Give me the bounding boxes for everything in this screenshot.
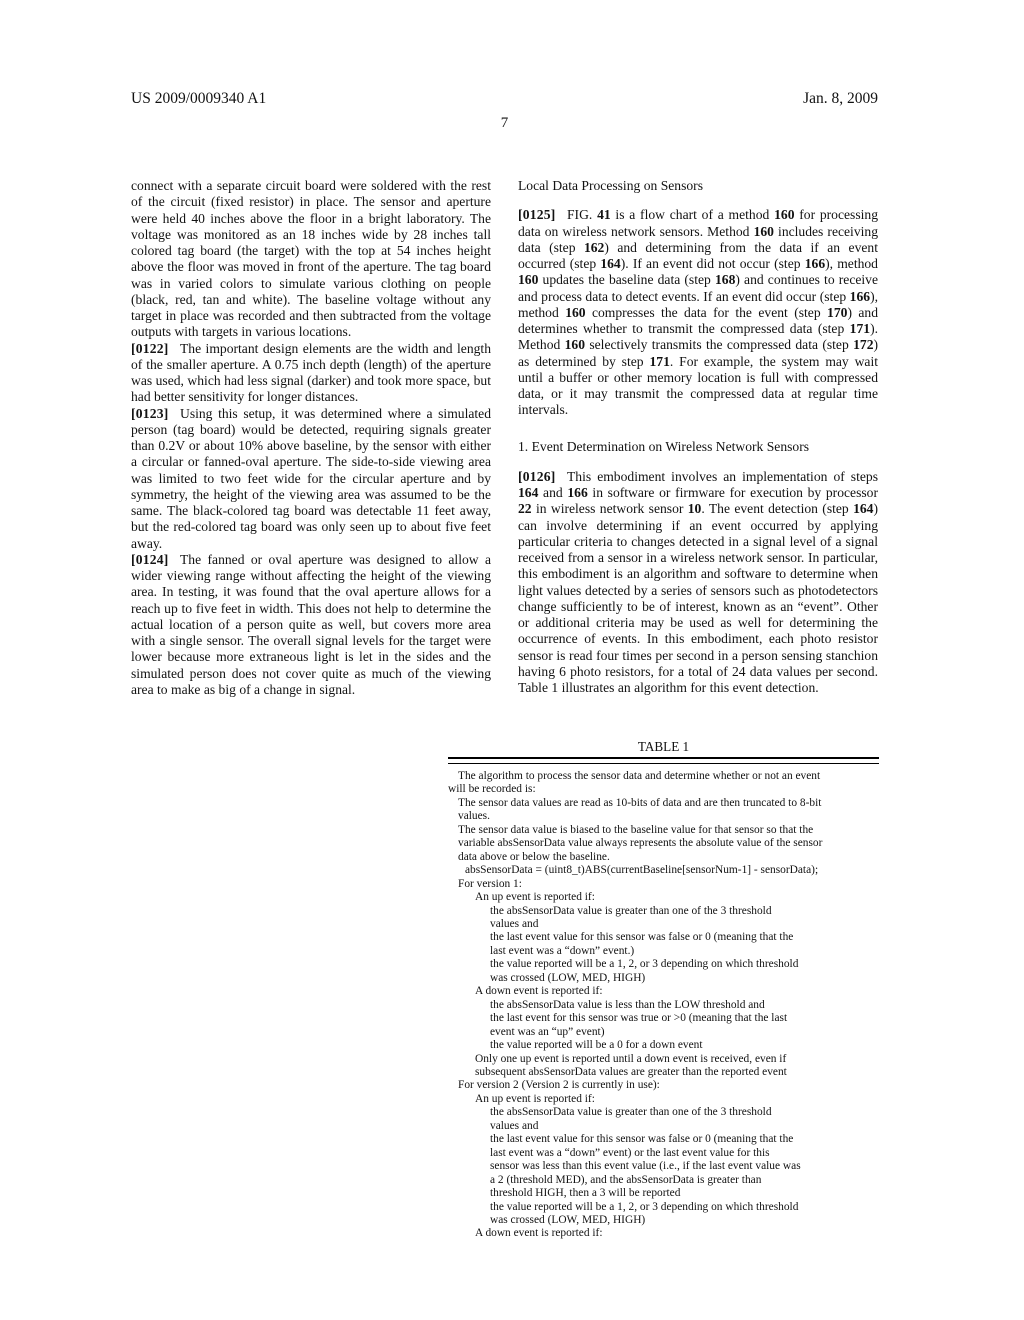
table-line: a 2 (threshold MED), and the absSensorDa… xyxy=(448,1174,879,1187)
table-line: An up event is reported if: xyxy=(448,891,879,904)
paragraph-0126-slot: [0126]This embodiment involves an implem… xyxy=(518,469,878,697)
table-line: The algorithm to process the sensor data… xyxy=(448,770,879,783)
table-line: was crossed (LOW, MED, HIGH) xyxy=(448,972,879,985)
table-line: the absSensorData value is greater than … xyxy=(448,1106,879,1119)
paragraph: [0123]Using this setup, it was determine… xyxy=(131,406,491,552)
right-column: Local Data Processing on Sensors [0125]F… xyxy=(518,178,878,698)
section-heading-local-data-processing: Local Data Processing on Sensors xyxy=(518,178,878,194)
table-1: TABLE 1 The algorithm to process the sen… xyxy=(448,739,879,1241)
table-line: An up event is reported if: xyxy=(448,1093,879,1106)
table-line: values and xyxy=(448,1120,879,1133)
table-line: For version 2 (Version 2 is currently in… xyxy=(448,1079,879,1092)
paragraph: [0124]The fanned or oval aperture was de… xyxy=(131,552,491,698)
body-columns: connect with a separate circuit board we… xyxy=(131,178,878,698)
table-line: the last event value for this sensor was… xyxy=(448,931,879,944)
table-line: last event was a “down” event.) xyxy=(448,945,879,958)
table-line: the value reported will be a 1, 2, or 3 … xyxy=(448,1201,879,1214)
table-line: For version 1: xyxy=(448,878,879,891)
paragraph-tag: [0123] xyxy=(131,406,168,421)
paragraph: [0126]This embodiment involves an implem… xyxy=(518,469,878,697)
table-line: Only one up event is reported until a do… xyxy=(448,1053,879,1066)
paragraph-tag: [0126] xyxy=(518,469,555,484)
table-line: the value reported will be a 0 for a dow… xyxy=(448,1039,879,1052)
paragraph: [0125]FIG. 41 is a flow chart of a metho… xyxy=(518,207,878,418)
paragraph: [0122]The important design elements are … xyxy=(131,341,491,406)
section-heading-event-determination: 1. Event Determination on Wireless Netwo… xyxy=(518,439,878,455)
table-line: variable absSensorData value always repr… xyxy=(448,837,879,850)
table-line: A down event is reported if: xyxy=(448,985,879,998)
table-line: last event was a “down” event) or the la… xyxy=(448,1147,879,1160)
left-column: connect with a separate circuit board we… xyxy=(131,178,491,698)
publication-number: US 2009/0009340 A1 xyxy=(131,90,266,108)
table-title: TABLE 1 xyxy=(448,739,879,754)
table-line: was crossed (LOW, MED, HIGH) xyxy=(448,1214,879,1227)
paragraph-tag: [0125] xyxy=(518,207,555,222)
table-line: threshold HIGH, then a 3 will be reporte… xyxy=(448,1187,879,1200)
table-line: data above or below the baseline. xyxy=(448,851,879,864)
table-line: The sensor data value is biased to the b… xyxy=(448,824,879,837)
paragraph-0125-slot: [0125]FIG. 41 is a flow chart of a metho… xyxy=(518,207,878,418)
table-line: event was an “up” event) xyxy=(448,1026,879,1039)
table-line: values and xyxy=(448,918,879,931)
publication-date: Jan. 8, 2009 xyxy=(803,90,878,108)
paragraph-tag: [0122] xyxy=(131,341,168,356)
table-line: the absSensorData value is less than the… xyxy=(448,999,879,1012)
table-line: A down event is reported if: xyxy=(448,1227,879,1240)
table-line: the last event value for this sensor was… xyxy=(448,1133,879,1146)
table-line: the last event for this sensor was true … xyxy=(448,1012,879,1025)
table-line: the absSensorData value is greater than … xyxy=(448,905,879,918)
table-line: subsequent absSensorData values are grea… xyxy=(448,1066,879,1079)
table-body: The algorithm to process the sensor data… xyxy=(448,770,879,1241)
patent-page: US 2009/0009340 A1 Jan. 8, 2009 7 connec… xyxy=(0,0,1024,1320)
paragraph-tag: [0124] xyxy=(131,552,168,567)
paragraph: connect with a separate circuit board we… xyxy=(131,178,491,341)
table-line: the value reported will be a 1, 2, or 3 … xyxy=(448,958,879,971)
table-line: will be recorded is: xyxy=(448,783,879,796)
table-line: The sensor data values are read as 10-bi… xyxy=(448,797,879,810)
page-number: 7 xyxy=(131,115,878,132)
page-header: US 2009/0009340 A1 Jan. 8, 2009 xyxy=(131,90,878,108)
table-line: absSensorData = (uint8_t)ABS(currentBase… xyxy=(448,864,879,877)
table-line: sensor was less than this event value (i… xyxy=(448,1160,879,1173)
table-line: values. xyxy=(448,810,879,823)
table-double-rule xyxy=(448,757,879,764)
